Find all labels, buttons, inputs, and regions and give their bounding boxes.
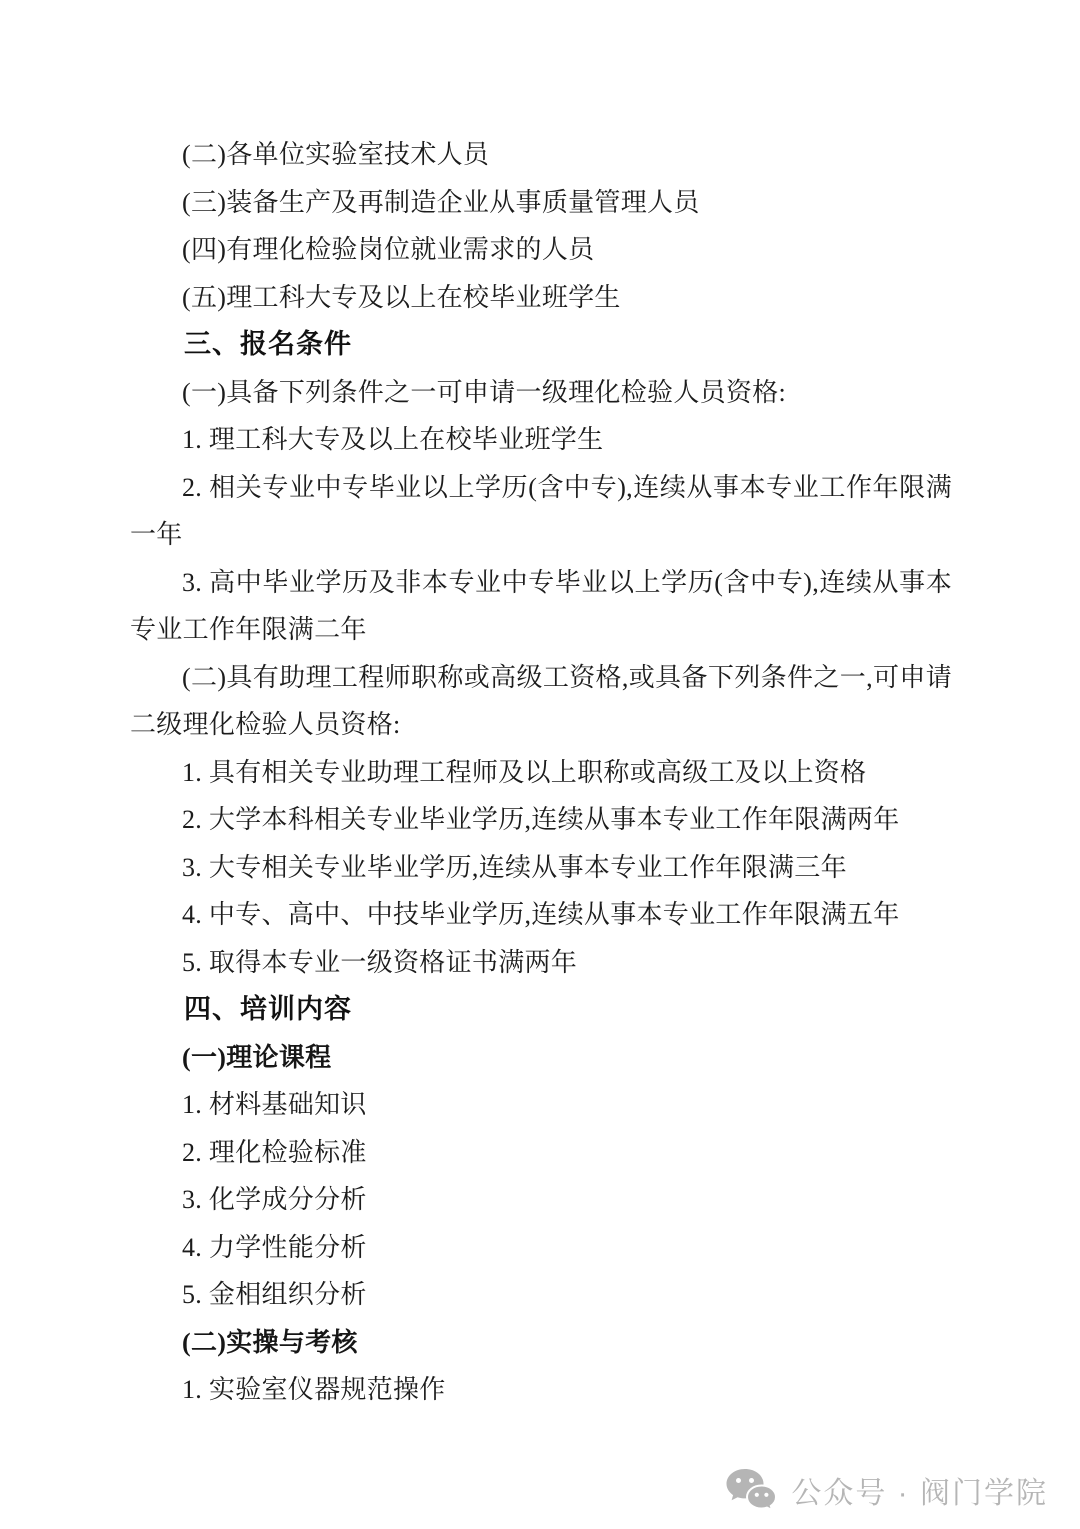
document-body: (二)各单位实验室技术人员(三)装备生产及再制造企业从事质量管理人员(四)有理化…	[130, 131, 952, 1414]
paragraph-line: 1. 理工科大专及以上在校毕业班学生	[130, 416, 952, 464]
paragraph-line: 4. 中专、高中、中技毕业学历,连续从事本专业工作年限满五年	[130, 891, 952, 939]
paragraph-line: (五)理工科大专及以上在校毕业班学生	[130, 274, 952, 322]
paragraph-line: 3. 化学成分分析	[130, 1176, 952, 1224]
paragraph-line: 1. 实验室仪器规范操作	[130, 1366, 952, 1414]
paragraph-line: 1. 材料基础知识	[130, 1081, 952, 1129]
paragraph-line: 4. 力学性能分析	[130, 1224, 952, 1272]
paragraph-line: 3. 高中毕业学历及非本专业中专毕业以上学历(含中专),连续从事本专业工作年限满…	[130, 559, 952, 654]
paragraph-line: (三)装备生产及再制造企业从事质量管理人员	[130, 179, 952, 227]
watermark-footer: 公众号 · 阀门学院	[725, 1466, 1048, 1514]
paragraph-line: 3. 大专相关专业毕业学历,连续从事本专业工作年限满三年	[130, 844, 952, 892]
paragraph-line: (四)有理化检验岗位就业需求的人员	[130, 226, 952, 274]
paragraph-line: 三、报名条件	[130, 321, 952, 369]
paragraph-line: 四、培训内容	[130, 986, 952, 1034]
paragraph-line: (一)具备下列条件之一可申请一级理化检验人员资格:	[130, 369, 952, 417]
watermark-text: 公众号 · 阀门学院	[791, 1468, 1048, 1512]
paragraph-line: 5. 金相组织分析	[130, 1271, 952, 1319]
paragraph-line: (二)各单位实验室技术人员	[130, 131, 952, 179]
document-page: (二)各单位实验室技术人员(三)装备生产及再制造企业从事质量管理人员(四)有理化…	[0, 0, 1080, 1529]
paragraph-line: 2. 大学本科相关专业毕业学历,连续从事本专业工作年限满两年	[130, 796, 952, 844]
paragraph-line: (二)实操与考核	[130, 1319, 952, 1367]
paragraph-line: (一)理论课程	[130, 1034, 952, 1082]
paragraph-line: 2. 理化检验标准	[130, 1129, 952, 1177]
paragraph-line: 5. 取得本专业一级资格证书满两年	[130, 939, 952, 987]
wechat-icon	[725, 1468, 777, 1512]
paragraph-line: (二)具有助理工程师职称或高级工资格,或具备下列条件之一,可申请二级理化检验人员…	[130, 654, 952, 749]
paragraph-line: 1. 具有相关专业助理工程师及以上职称或高级工及以上资格	[130, 749, 952, 797]
paragraph-line: 2. 相关专业中专毕业以上学历(含中专),连续从事本专业工作年限满一年	[130, 464, 952, 559]
